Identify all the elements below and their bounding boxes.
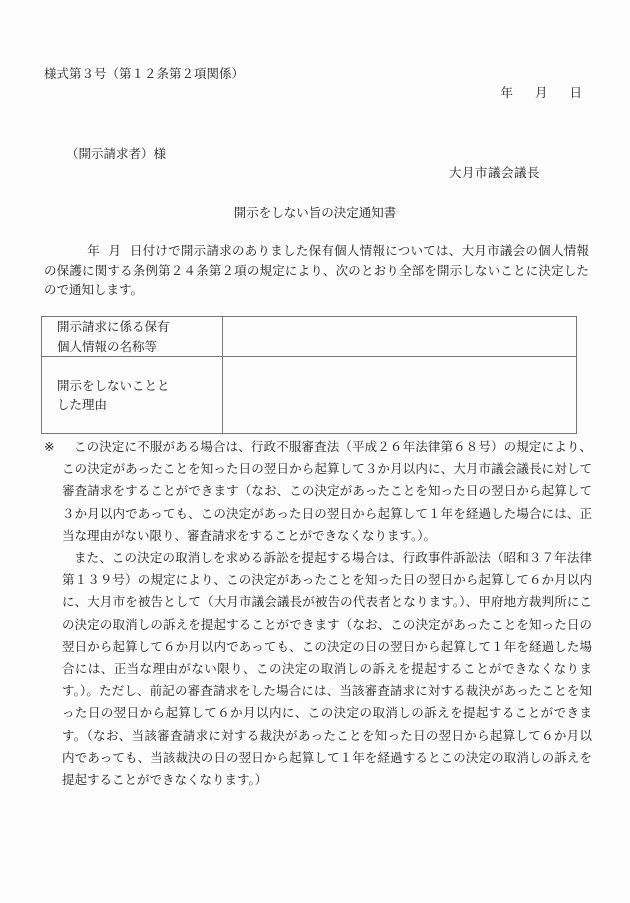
table-label-info-name: 開示請求に係る保有 個人情報の名称等 xyxy=(42,317,223,357)
intro-month-label: 月 xyxy=(109,243,122,258)
table-label-line: 開示請求に係る保有 xyxy=(57,317,222,337)
table-label-line: 個人情報の名称等 xyxy=(57,337,222,357)
document-title: 開示をしない旨の決定通知書 xyxy=(0,203,630,221)
table-value-info-name xyxy=(223,317,577,357)
intro-text: 日付けで開示請求のありました保有個人情報については、大月市議会の個人情報の保護に… xyxy=(44,243,589,297)
date-line: 年月日 xyxy=(500,83,582,101)
info-table: 開示請求に係る保有 個人情報の名称等 開示をしないことと した理由 xyxy=(41,316,577,434)
note-block: ※ この決定に不服がある場合は、行政不服審査法（平成２６年法律第６８号）の規定に… xyxy=(44,436,592,791)
table-label-reason: 開示をしないことと した理由 xyxy=(42,357,223,434)
table-row-info-name: 開示請求に係る保有 個人情報の名称等 xyxy=(42,317,577,357)
notes-section: ※ この決定に不服がある場合は、行政不服審査法（平成２６年法律第６８号）の規定に… xyxy=(44,436,592,791)
form-number: 様式第３号（第１２条第２項関係） xyxy=(44,64,244,82)
intro-year-label: 年 xyxy=(87,243,100,258)
table-label-line: した理由 xyxy=(57,395,222,415)
date-year-label: 年 xyxy=(500,83,513,101)
intro-paragraph: 年 月 日付けで開示請求のありました保有個人情報については、大月市議会の個人情報… xyxy=(44,241,589,300)
recipient: （開示請求者）様 xyxy=(66,144,166,162)
reference-mark-icon: ※ xyxy=(44,436,54,458)
date-month-label: 月 xyxy=(535,83,548,101)
table-label-line: 開示をしないことと xyxy=(57,376,222,396)
table-value-reason xyxy=(223,357,577,434)
date-day-label: 日 xyxy=(569,83,582,101)
table-row-reason: 開示をしないことと した理由 xyxy=(42,357,577,434)
note-lawsuit-paragraph: また、この決定の取消しを求める訴訟を提起する場合は、行政事件訴訟法（昭和３７年法… xyxy=(62,547,592,791)
sender: 大月市議会議長 xyxy=(449,163,540,181)
note-appeal-paragraph: この決定に不服がある場合は、行政不服審査法（平成２６年法律第６８号）の規定により… xyxy=(62,436,592,547)
